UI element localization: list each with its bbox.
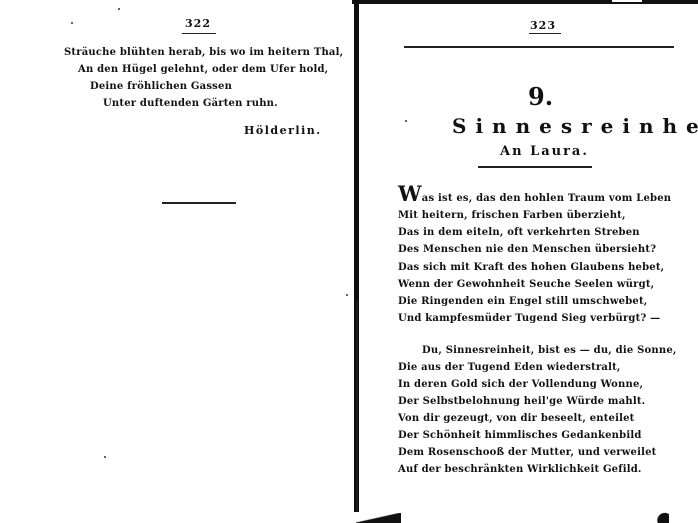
verse-line: Du, Sinnesreinheit, bist es — du, die So… — [422, 342, 677, 359]
verse-line: Auf der beschränkten Wirklichkeit Gefild… — [398, 461, 642, 478]
header-rule — [404, 46, 674, 48]
poem-subtitle: An Laura. — [500, 144, 589, 159]
verse-line: Dem Rosenschooß der Mutter, und verweile… — [398, 444, 657, 461]
scan-speck — [405, 120, 407, 122]
book-spread: 322 Sträuche blühten herab, bis wo im he… — [0, 0, 698, 523]
verse-line: Und kampfesmüder Tugend Sieg verbürgt? — — [398, 310, 660, 327]
verse-line: Unter duftenden Gärten ruhn. — [103, 95, 278, 112]
verse-line: Das sich mit Kraft des hohen Glaubens he… — [398, 259, 664, 276]
right-page: 323 9. Sinnesreinheit. An Laura. Was ist… — [360, 0, 698, 523]
verse-line-rest: as ist es, das den hohlen Traum vom Lebe… — [422, 193, 671, 204]
verse-line: Mit heitern, frischen Farben überzieht, — [398, 207, 626, 224]
verse-line: Sträuche blühten herab, bis wo im heiter… — [64, 44, 343, 61]
book-gutter-line — [356, 300, 358, 512]
scan-speck — [118, 8, 120, 10]
verse-line: Die Ringenden ein Engel still umschwebet… — [398, 293, 647, 310]
page-number-underline — [529, 33, 561, 34]
page-number: 322 — [178, 17, 218, 30]
poem-number: 9. — [528, 82, 553, 111]
drop-cap: W — [398, 181, 422, 206]
title-rule — [478, 166, 592, 168]
verse-line: Der Schönheit himmlisches Gedankenbild — [398, 427, 642, 444]
poem-title: Sinnesreinheit. — [452, 114, 698, 138]
left-page: 322 Sträuche blühten herab, bis wo im he… — [0, 0, 355, 523]
verse-line: Das in dem eiteln, oft verkehrten Strebe… — [398, 224, 640, 241]
scan-speck — [71, 22, 73, 24]
page-number: 323 — [523, 19, 563, 32]
verse-line: Von dir gezeugt, von dir beseelt, enteil… — [398, 410, 635, 427]
verse-line: In deren Gold sich der Vollendung Wonne, — [398, 376, 643, 393]
verse-line: Deine fröhlichen Gassen — [90, 78, 232, 95]
verse-line: An den Hügel gelehnt, oder dem Ufer hold… — [78, 61, 328, 78]
section-divider — [162, 202, 236, 204]
verse-line: Des Menschen nie den Menschen übersieht? — [398, 241, 656, 258]
scan-speck — [104, 456, 106, 458]
verse-line-first: Was ist es, das den hohlen Traum vom Leb… — [398, 188, 671, 207]
author-signature: Hölderlin. — [244, 124, 322, 137]
verse-line: Der Selbstbelohnung heil'ge Würde mahlt. — [398, 393, 645, 410]
verse-line: Wenn der Gewohnheit Seuche Seelen würgt, — [398, 276, 654, 293]
verse-line: Die aus der Tugend Eden wiederstralt, — [398, 359, 621, 376]
scan-speck — [346, 294, 348, 296]
page-number-underline — [182, 33, 216, 34]
